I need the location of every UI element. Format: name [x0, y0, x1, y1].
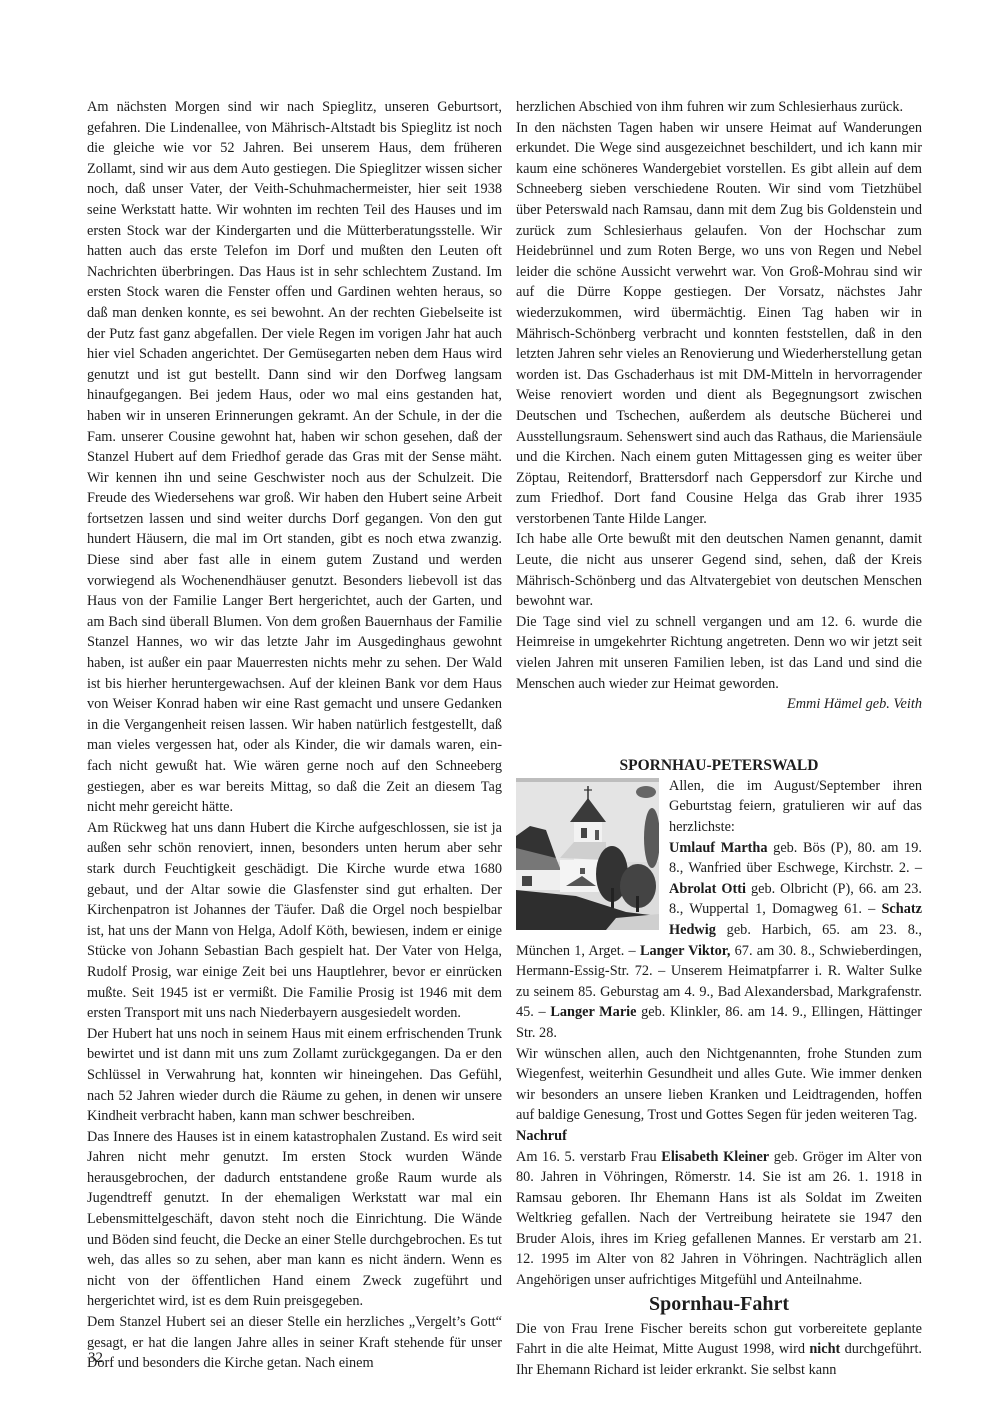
right-column: herzlichen Abschied von ihm fuhren wir z… [516, 97, 922, 1380]
obituary-name: Elisabeth Kleiner [661, 1149, 769, 1165]
church-photo [516, 778, 659, 930]
trip-title: Spornhau-Fahrt [516, 1293, 922, 1315]
obituary-text: Am 16. 5. verstarb Frau Elisabeth Kleine… [516, 1147, 922, 1291]
birthday-name: Abrolat Otti [669, 881, 746, 897]
left-column: Am nächsten Morgen sind wir nach Spiegli… [87, 97, 502, 1374]
birthday-name: Langer Marie [550, 1004, 636, 1020]
paragraph: In den nächsten Tagen haben wir unsere H… [516, 118, 922, 530]
paragraph: Am Rückweg hat uns dann Hubert die Kirch… [87, 818, 502, 1024]
paragraph: Die Tage sind viel zu schnell vergangen … [516, 612, 922, 694]
birthday-name: Langer Viktor, [640, 943, 730, 959]
birthday-wishes: Wir wünschen allen, auch den Nichtgenann… [516, 1044, 922, 1126]
section-title-spornhau-peterswald: SPORNHAU-PETERSWALD [516, 756, 922, 776]
trip-text: Die von Frau Irene Fischer bereits schon… [516, 1319, 922, 1381]
paragraph: Dem Stanzel Hubert sei an dieser Stelle … [87, 1312, 502, 1374]
paragraph: herzlichen Abschied von ihm fuhren wir z… [516, 97, 922, 118]
trip-emphasis: nicht [809, 1341, 840, 1357]
obituary-text-part: geb. Gröger im Alter von 80. Jahren in V… [516, 1149, 922, 1289]
author-signature: Emmi Hämel geb. Veith [516, 694, 922, 715]
birthday-name: Umlauf Martha [669, 840, 768, 856]
church-image-icon [516, 778, 659, 930]
paragraph: Das Innere des Hauses ist in einem katas… [87, 1127, 502, 1312]
paragraph: Der Hubert hat uns noch in seinem Haus m… [87, 1024, 502, 1127]
obituary-text-part: Am 16. 5. verstarb Frau [516, 1149, 661, 1165]
obituary-heading: Nachruf [516, 1126, 922, 1147]
paragraph: Ich habe alle Orte bewußt mit den deutsc… [516, 529, 922, 611]
page-number: 32 [88, 1350, 103, 1367]
birthday-section: Allen, die im August/September ihren Geb… [516, 776, 922, 1126]
paragraph: Am nächsten Morgen sind wir nach Spiegli… [87, 97, 502, 818]
